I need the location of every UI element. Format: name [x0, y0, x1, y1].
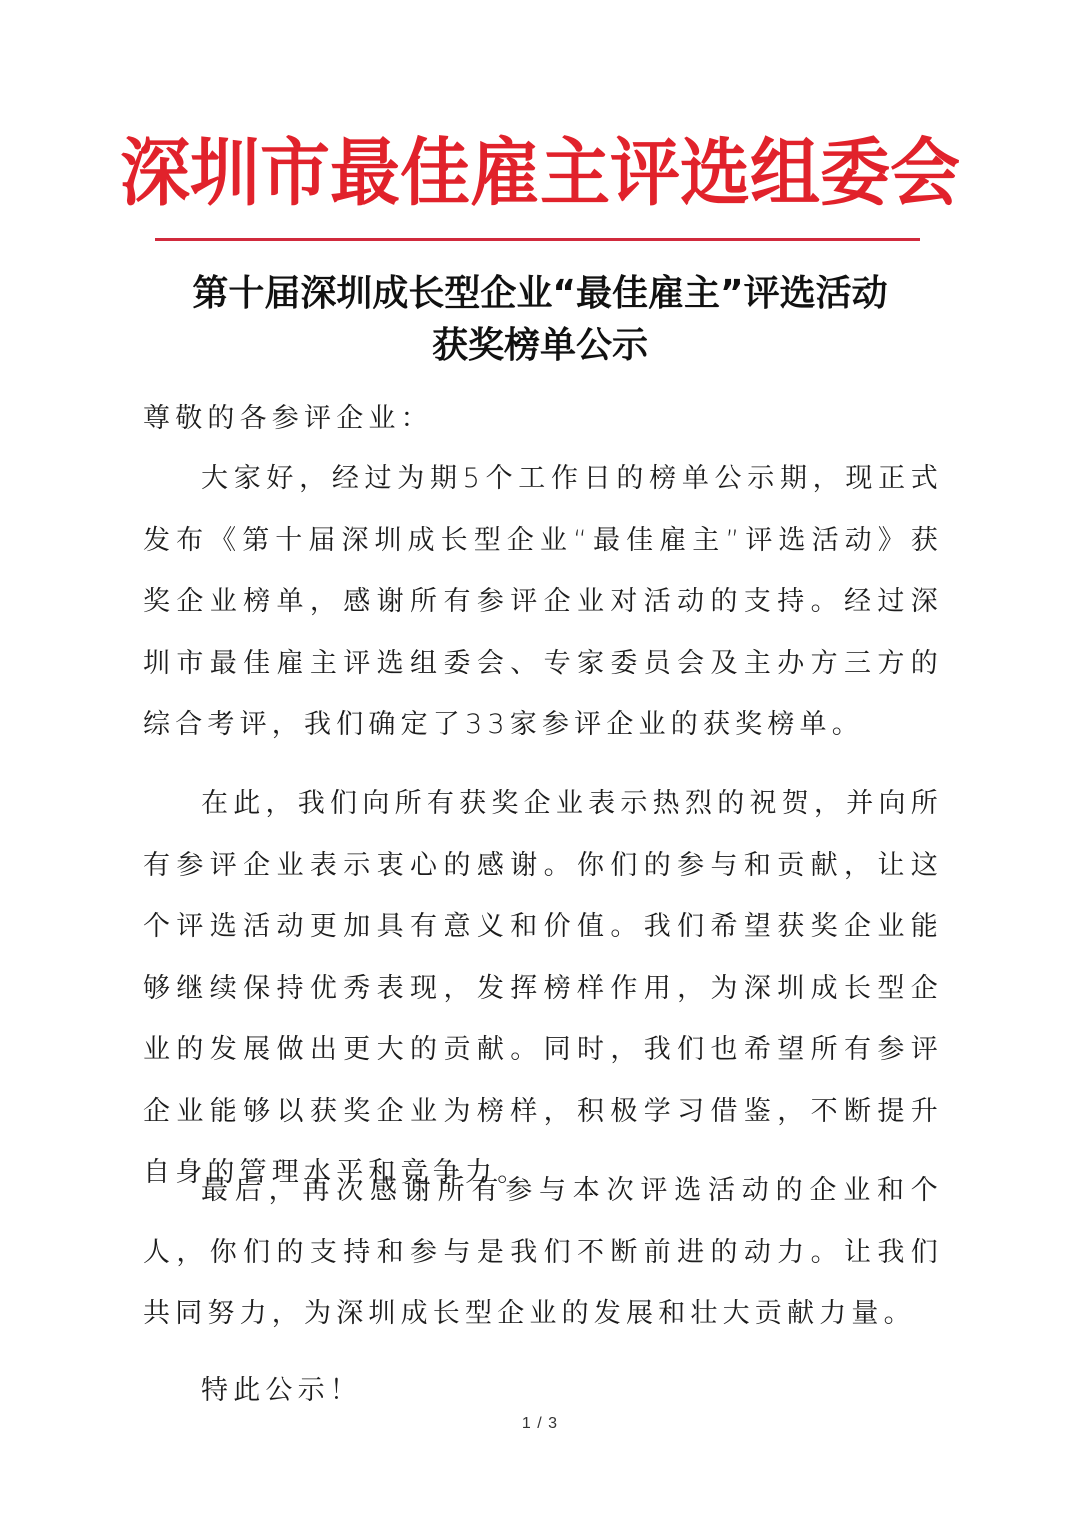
letterhead-divider — [155, 238, 920, 241]
greeting: 尊敬的各参评企业： — [143, 388, 943, 450]
document-title: 第十届深圳成长型企业“最佳雇主”评选活动 获奖榜单公示 — [0, 268, 1080, 372]
document-title-line-2: 获奖榜单公示 — [0, 320, 1080, 372]
document-title-line-1: 第十届深圳成长型企业“最佳雇主”评选活动 — [0, 268, 1080, 320]
paragraph-congratulations: 在此，我们向所有获奖企业表示热烈的祝贺，并向所有参评企业表示衷心的感谢。你们的参… — [143, 773, 943, 1204]
letterhead-title: 深圳市最佳雇主评选组委会 — [0, 126, 1080, 221]
closing-statement: 特此公示！ — [143, 1360, 943, 1422]
page-number: 1 / 3 — [0, 1415, 1080, 1433]
paragraph-announcement: 大家好，经过为期5个工作日的榜单公示期，现正式发布《第十届深圳成长型企业“最佳雇… — [143, 448, 943, 756]
paragraph-thanks: 最后，再次感谢所有参与本次评选活动的企业和个人，你们的支持和参与是我们不断前进的… — [143, 1160, 943, 1345]
